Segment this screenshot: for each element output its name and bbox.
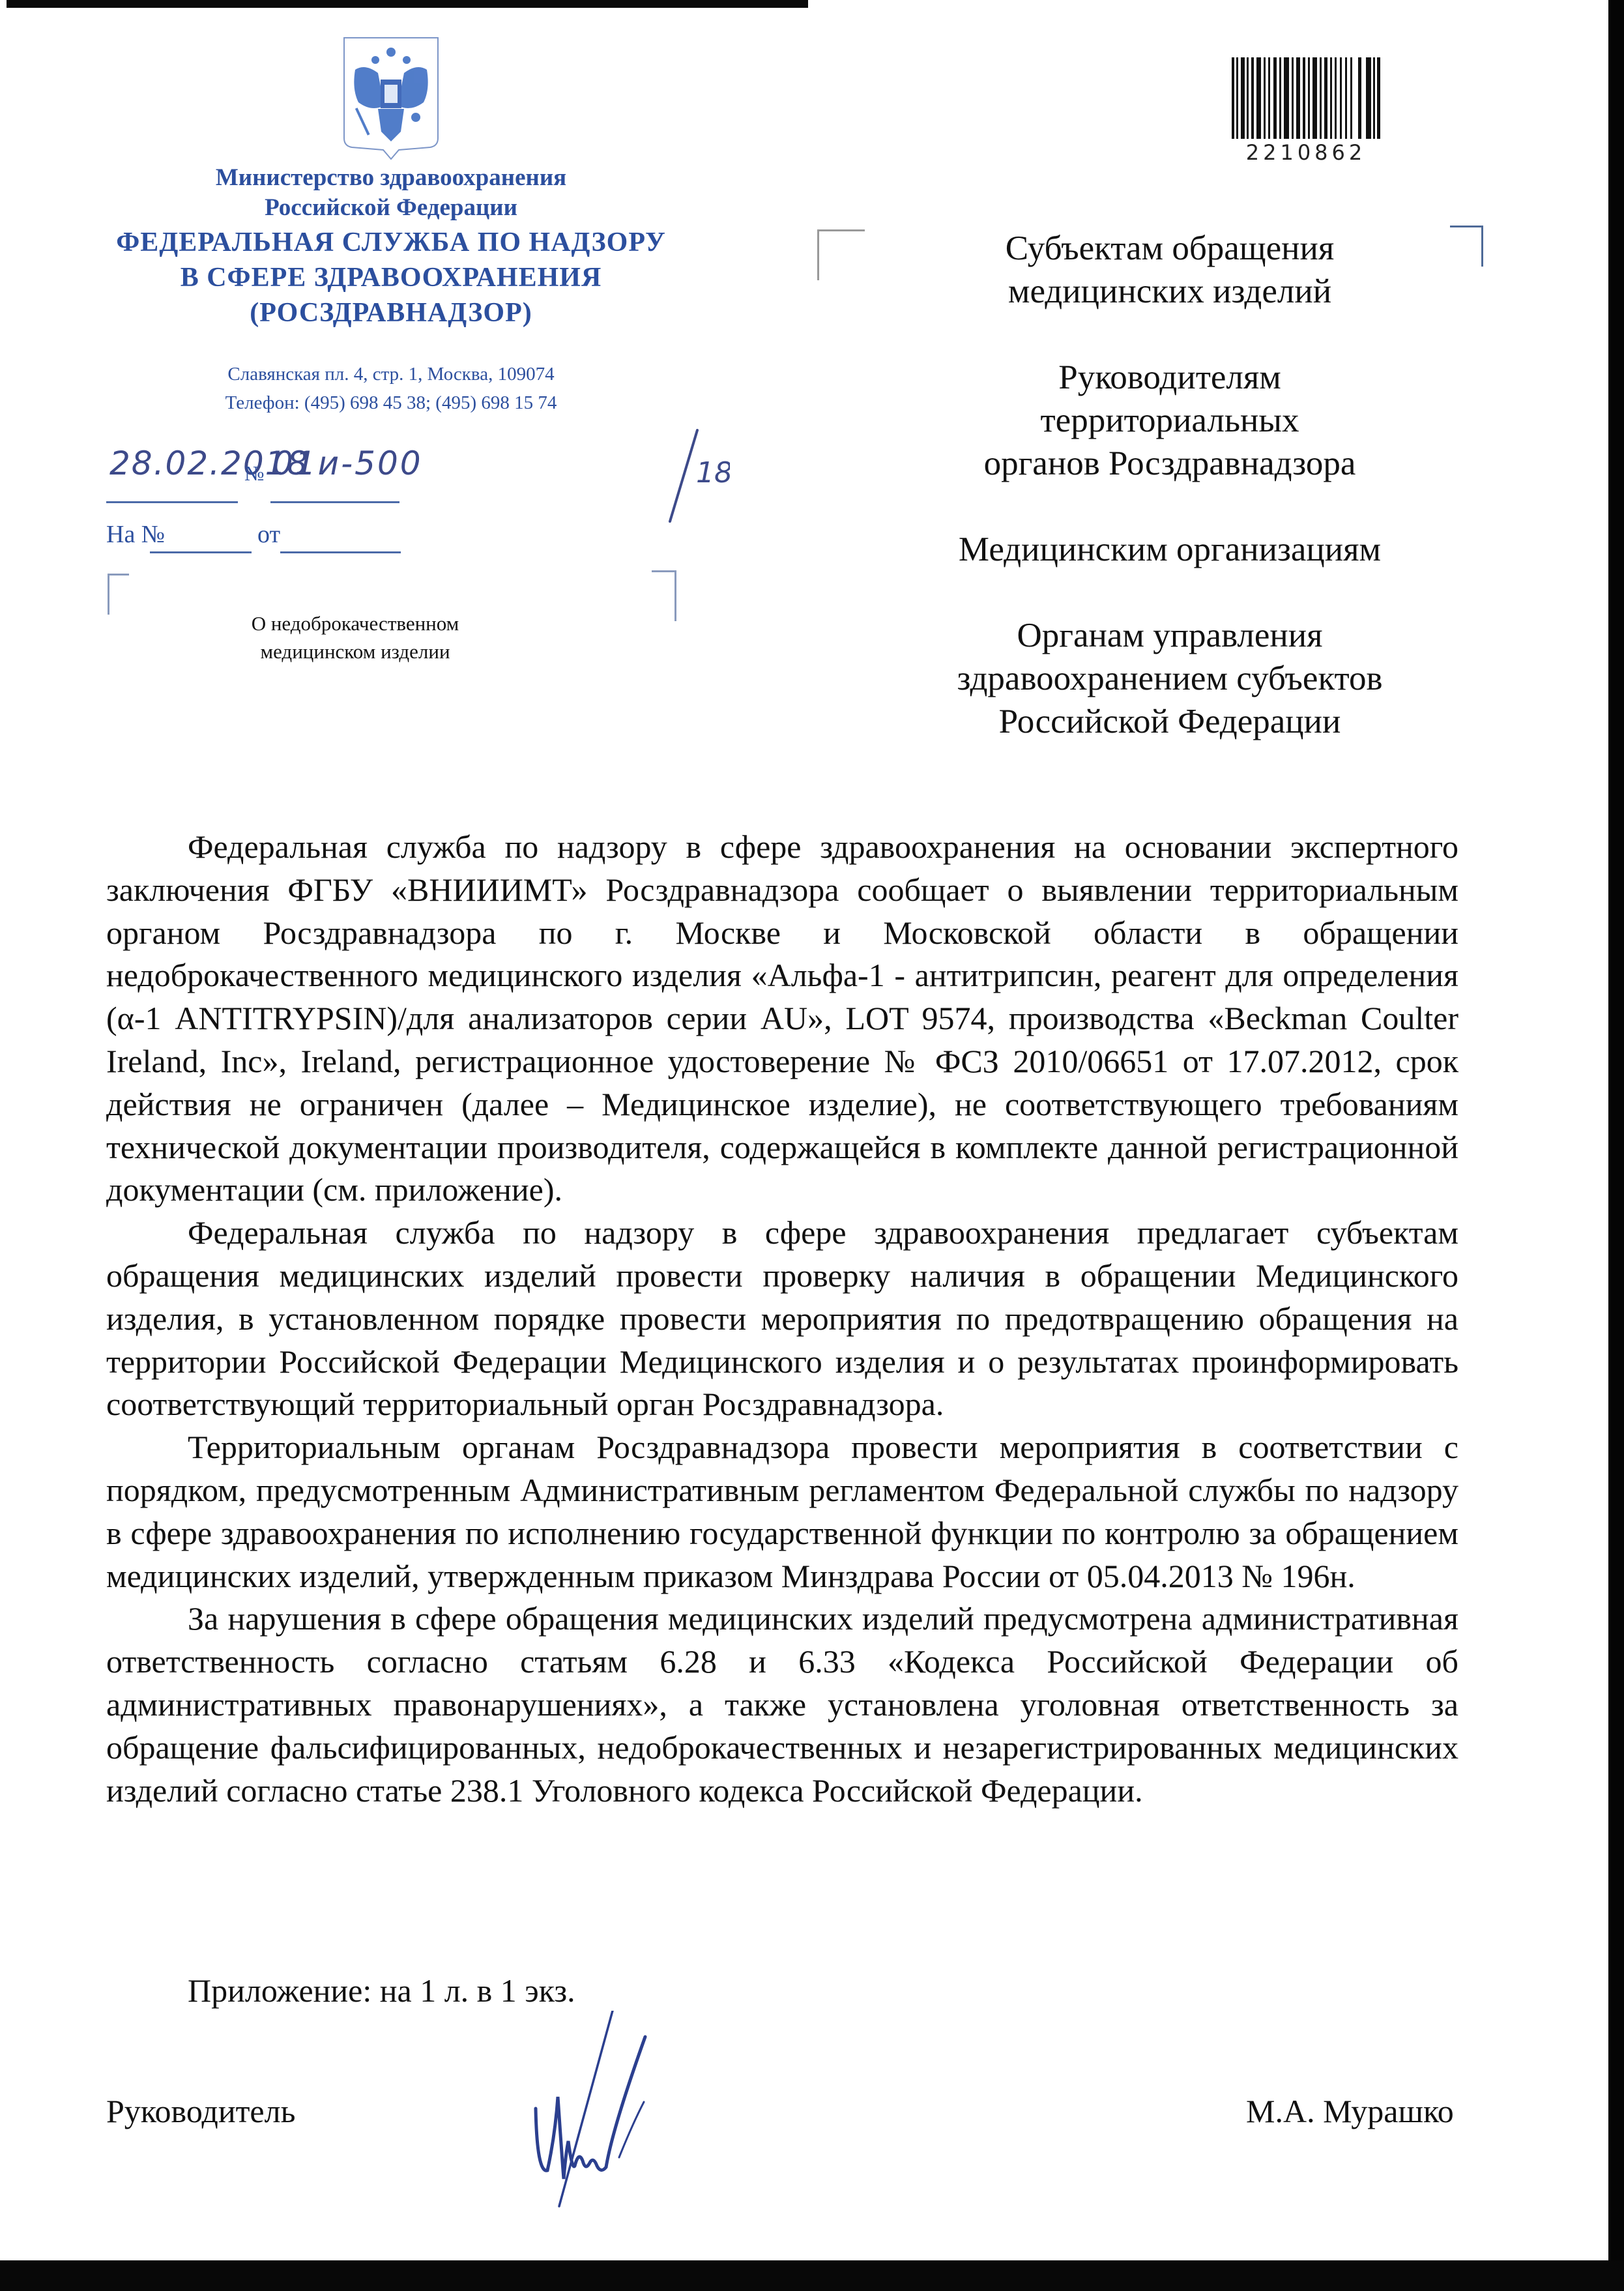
letter-subject: О недоброкачественном медицинском издели…	[176, 609, 534, 665]
signer-name: М.А. Мурашко	[1246, 2092, 1454, 2130]
handwritten-reg-number: 01и-500	[272, 445, 423, 482]
from-label: от	[257, 520, 280, 549]
addressee-group: Медицинским организациям	[873, 528, 1466, 571]
date-underline	[106, 501, 238, 503]
addressee-group: Руководителям территориальных органов Ро…	[873, 356, 1466, 485]
letter-body: Федеральная служба по надзору в сфере зд…	[106, 826, 1458, 1812]
handwritten-signature	[528, 2011, 789, 2226]
body-paragraph: Территориальным органам Росздравнадзора …	[106, 1426, 1458, 1598]
coat-of-arms-icon	[339, 34, 443, 161]
subject-corner-left	[108, 574, 129, 615]
scan-edge-bottom	[0, 2260, 1624, 2291]
barcode-number: 2210862	[1232, 140, 1380, 165]
addressee-group: Органам управления здравоохранением субъ…	[873, 614, 1466, 743]
number-sign: №	[244, 461, 265, 486]
addressee-block: Субъектам обращения медицинских изделий …	[873, 227, 1466, 743]
scan-edge-top	[7, 0, 808, 8]
scan-edge-right	[1608, 0, 1624, 2291]
body-paragraph: Федеральная служба по надзору в сфере зд…	[106, 1212, 1458, 1426]
addressee-corner-left	[817, 229, 865, 280]
reply-to-field	[150, 551, 252, 553]
contact-address: Славянская пл. 4, стр. 1, Москва, 109074…	[98, 360, 684, 417]
body-paragraph: Федеральная служба по надзору в сфере зд…	[106, 826, 1458, 1212]
reply-to-label: На №	[106, 520, 165, 549]
number-underline	[270, 501, 399, 503]
barcode-icon	[1232, 57, 1380, 139]
body-paragraph: За нарушения в сфере обращения медицинск…	[106, 1598, 1458, 1812]
from-field	[280, 551, 401, 553]
handwritten-suffix: 18	[652, 417, 730, 528]
attachment-note: Приложение: на 1 л. в 1 экз.	[188, 1972, 575, 2009]
subject-corner-right	[652, 570, 676, 621]
signer-title: Руководитель	[106, 2092, 295, 2130]
addressee-group: Субъектам обращения медицинских изделий	[873, 227, 1466, 313]
ministry-name: Министерство здравоохранения Российской …	[98, 163, 684, 223]
svg-text:18: 18	[696, 456, 730, 489]
service-name: ФЕДЕРАЛЬНАЯ СЛУЖБА ПО НАДЗОРУ В СФЕРЕ ЗД…	[98, 225, 684, 330]
